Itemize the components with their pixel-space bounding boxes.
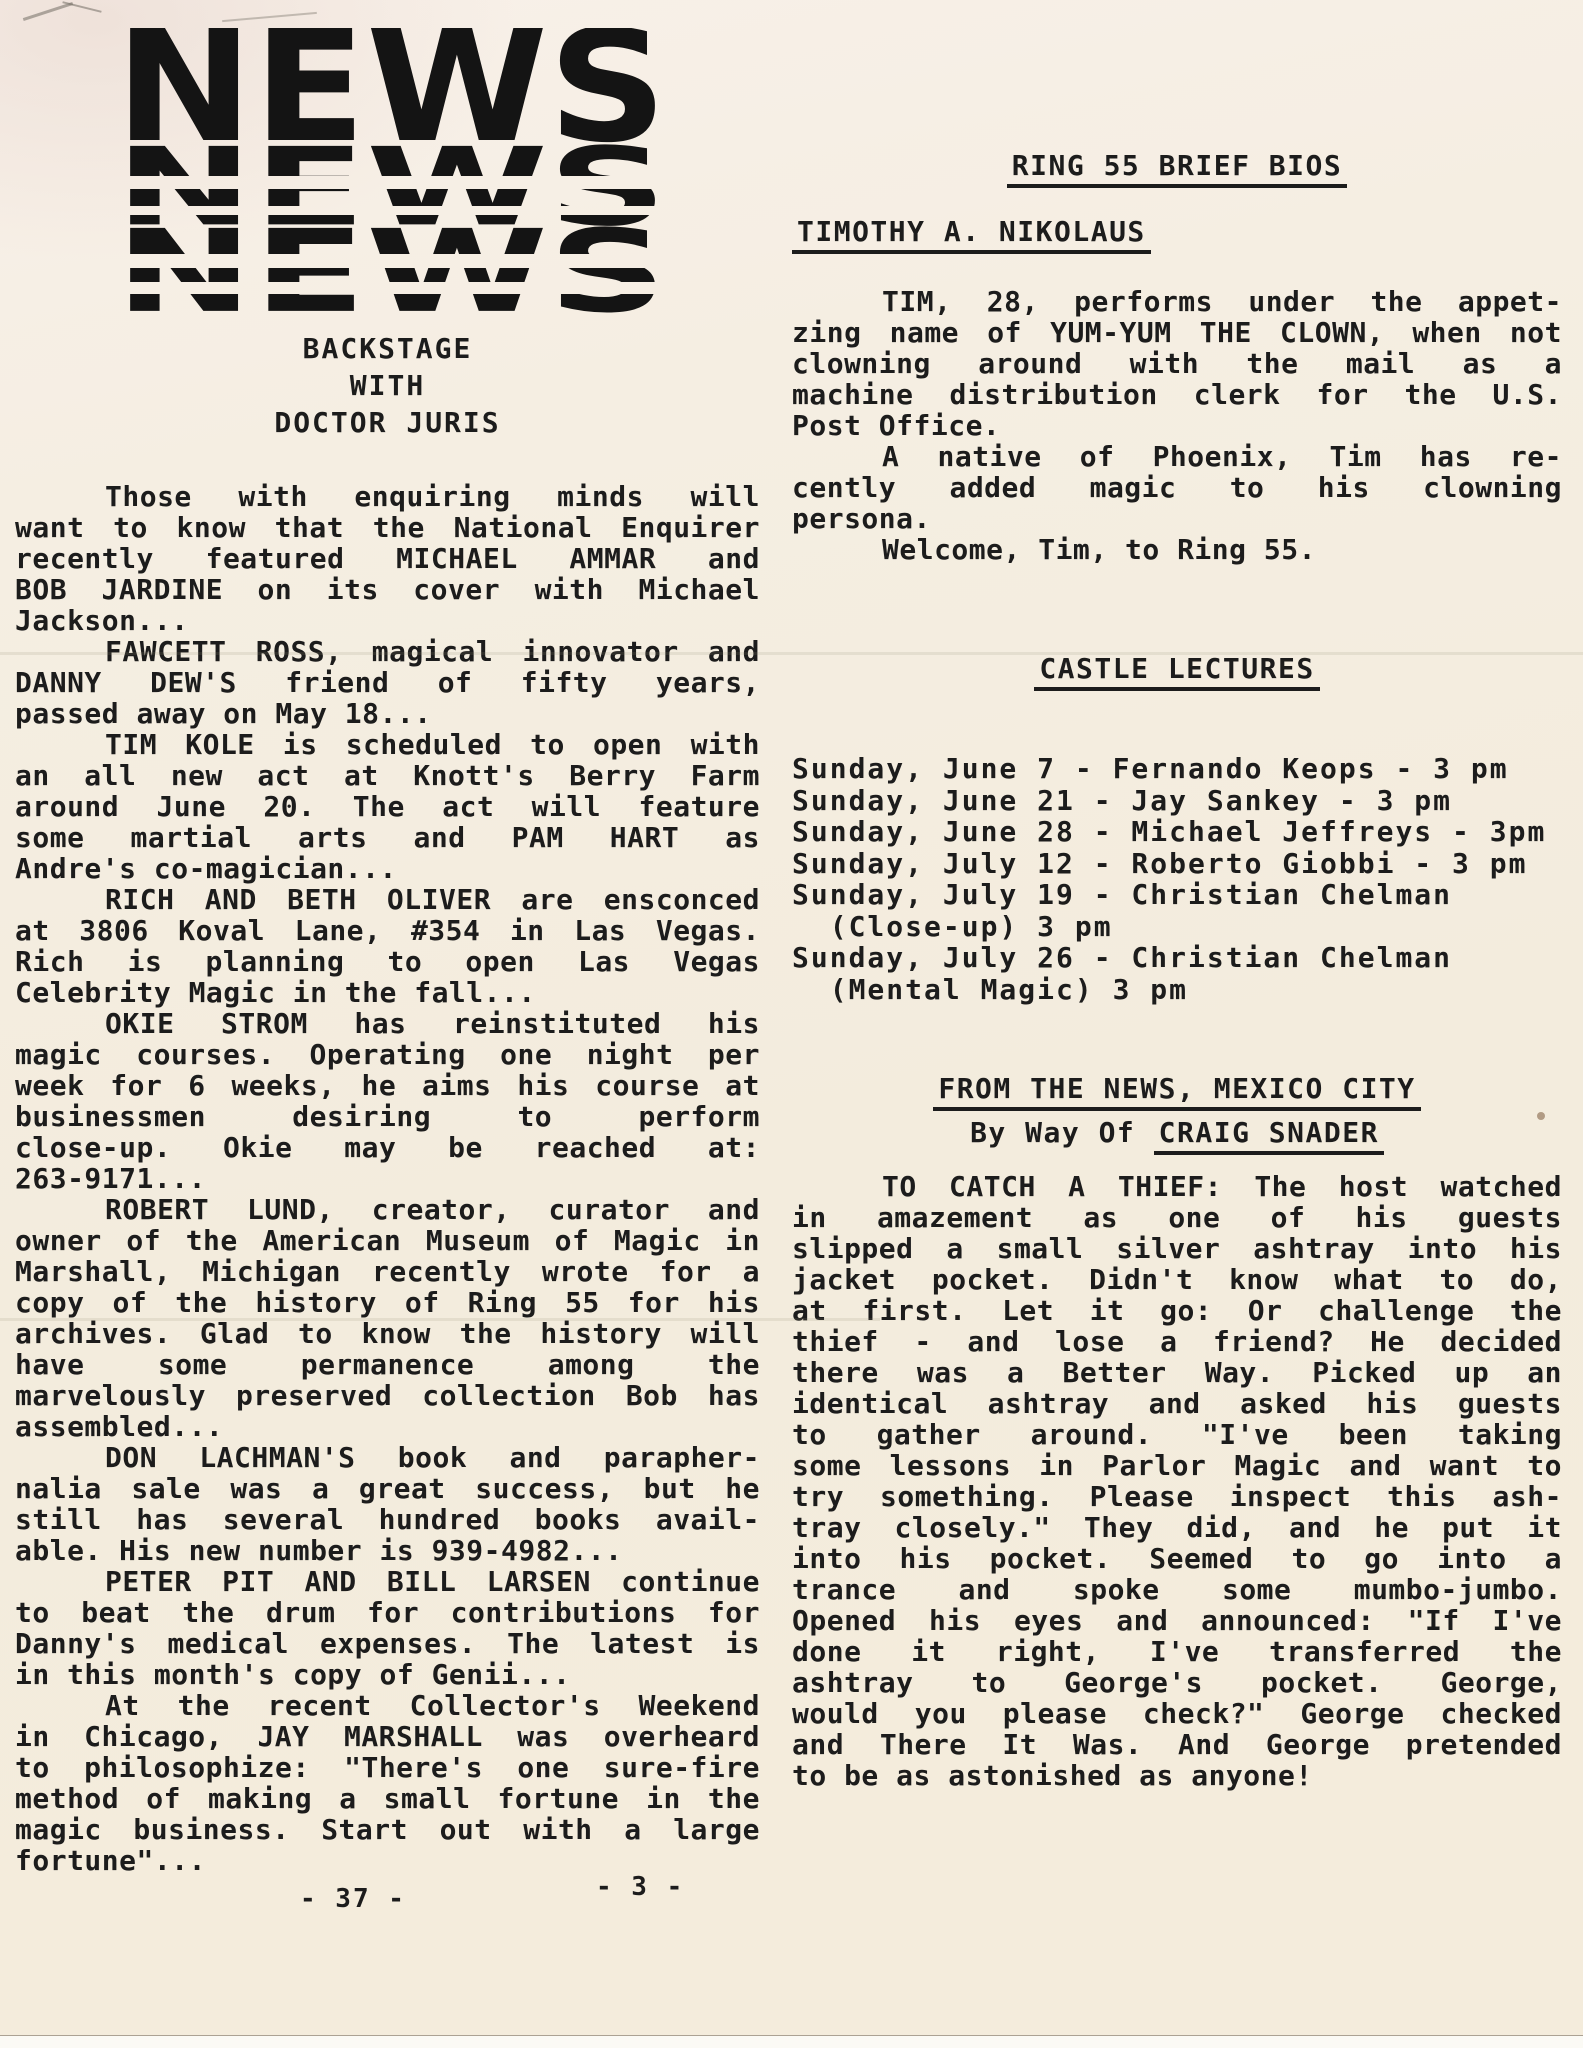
- text-line: RICH AND BETH OLIVER are ensconced: [15, 884, 760, 915]
- text-line: Andre's co-magician...: [15, 853, 760, 884]
- paragraph: DON LACHMAN'S book and parapher-nalia sa…: [15, 1442, 760, 1566]
- text-line: thief - and lose a friend? He decided: [792, 1326, 1562, 1357]
- text-line: around June 20. The act will feature: [15, 791, 760, 822]
- news-logo: NEWS NEWS NEWS: [115, 28, 675, 314]
- paragraph: Welcome, Tim, to Ring 55.: [792, 534, 1562, 565]
- paper-speck: [1537, 1112, 1545, 1120]
- paragraph: TIM KOLE is scheduled to open withan all…: [15, 729, 760, 884]
- lecture-list-item: Sunday, June 21 - Jay Sankey - 3 pm: [792, 785, 1562, 817]
- text-line: owner of the American Museum of Magic in: [15, 1225, 760, 1256]
- lecture-list-item: (Mental Magic) 3 pm: [792, 974, 1562, 1006]
- text-line: an all new act at Knott's Berry Farm: [15, 760, 760, 791]
- text-line: Those with enquiring minds will: [15, 481, 760, 512]
- text-line: would you please check?" George checked: [792, 1698, 1562, 1729]
- heading-text: TIMOTHY A. NIKOLAUS: [792, 216, 1151, 254]
- heading-line: WITH: [15, 367, 760, 404]
- text-line: ashtray to George's pocket. George,: [792, 1667, 1562, 1698]
- text-line: archives. Glad to know the history will: [15, 1318, 760, 1349]
- text-line: some lessons in Parlor Magic and want to: [792, 1450, 1562, 1481]
- byline-prefix: By Way Of: [970, 1116, 1154, 1149]
- lecture-list-item: Sunday, June 28 - Michael Jeffreys - 3pm: [792, 816, 1562, 848]
- section-paragraphs: TO CATCH A THIEF: The host watchedin ama…: [792, 1171, 1562, 1791]
- text-line: in amazement as one of his guests: [792, 1202, 1562, 1233]
- text-line: still has several hundred books avail-: [15, 1504, 760, 1535]
- heading-text: FROM THE NEWS, MEXICO CITY: [933, 1073, 1420, 1111]
- text-line: have some permanence among the: [15, 1349, 760, 1380]
- paragraph: At the recent Collector's Weekendin Chic…: [15, 1690, 760, 1876]
- paragraph: PETER PIT AND BILL LARSEN continueto bea…: [15, 1566, 760, 1690]
- lecture-list-item: Sunday, July 19 - Christian Chelman: [792, 879, 1562, 911]
- text-line: try something. Please inspect this ash-: [792, 1481, 1562, 1512]
- byline-name: CRAIG SNADER: [1154, 1117, 1384, 1155]
- right-column: RING 55 BRIEF BIOSTIMOTHY A. NIKOLAUSTIM…: [792, 0, 1562, 1791]
- text-line: identical ashtray and asked his guests: [792, 1388, 1562, 1419]
- lecture-list: Sunday, June 7 - Fernando Keops - 3 pmSu…: [792, 753, 1562, 1005]
- text-line: to gather around. "I've been taking: [792, 1419, 1562, 1450]
- text-line: recently featured MICHAEL AMMAR and: [15, 543, 760, 574]
- text-line: Post Office.: [792, 410, 1562, 441]
- text-line: trance and spoke some mumbo-jumbo.: [792, 1574, 1562, 1605]
- text-line: want to know that the National Enquirer: [15, 512, 760, 543]
- text-line: Jackson...: [15, 605, 760, 636]
- text-line: Welcome, Tim, to Ring 55.: [792, 534, 1562, 565]
- scan-crease: [0, 1318, 880, 1321]
- text-line: DANNY DEW'S friend of fifty years,: [15, 667, 760, 698]
- text-line: there was a Better Way. Picked up an: [792, 1357, 1562, 1388]
- text-line: BOB JARDINE on its cover with Michael: [15, 574, 760, 605]
- newsletter-page: NEWS NEWS NEWS BACKSTAGE WITH DOCTOR JUR…: [0, 0, 1583, 2048]
- text-line: to beat the drum for contributions for: [15, 1597, 760, 1628]
- left-column: NEWS NEWS NEWS BACKSTAGE WITH DOCTOR JUR…: [15, 0, 760, 1876]
- text-line: done it right, I've transferred the: [792, 1636, 1562, 1667]
- heading-text: CASTLE LECTURES: [1034, 653, 1319, 691]
- text-line: OKIE STROM has reinstituted his: [15, 1008, 760, 1039]
- heading-line: BACKSTAGE: [15, 330, 760, 367]
- text-line: and There It Was. And George pretended: [792, 1729, 1562, 1760]
- page-number-right: - 3 -: [596, 1872, 684, 1902]
- text-line: passed away on May 18...: [15, 698, 760, 729]
- lecture-list-item: Sunday, July 12 - Roberto Giobbi - 3 pm: [792, 848, 1562, 880]
- paragraph: Those with enquiring minds willwant to k…: [15, 481, 760, 636]
- text-line: assembled...: [15, 1411, 760, 1442]
- paper-bottom-edge: [0, 2035, 1583, 2048]
- text-line: businessmen desiring to perform: [15, 1101, 760, 1132]
- text-line: jacket pocket. Didn't know what to do,: [792, 1264, 1562, 1295]
- text-line: magic courses. Operating one night per: [15, 1039, 760, 1070]
- text-line: PETER PIT AND BILL LARSEN continue: [15, 1566, 760, 1597]
- heading-line-2: By Way Of CRAIG SNADER: [792, 1111, 1562, 1155]
- text-line: zing name of YUM-YUM THE CLOWN, when not: [792, 317, 1562, 348]
- section-heading: FROM THE NEWS, MEXICO CITYBy Way Of CRAI…: [792, 1067, 1562, 1155]
- text-line: TIM, 28, performs under the appet-: [792, 286, 1562, 317]
- news-logo-row: NEWS: [115, 205, 667, 314]
- text-line: DON LACHMAN'S book and parapher-: [15, 1442, 760, 1473]
- text-line: ROBERT LUND, creator, curator and: [15, 1194, 760, 1225]
- text-line: TO CATCH A THIEF: The host watched: [792, 1171, 1562, 1202]
- heading-text: RING 55 BRIEF BIOS: [1007, 150, 1347, 188]
- paragraph: OKIE STROM has reinstituted hismagic cou…: [15, 1008, 760, 1194]
- text-line: At the recent Collector's Weekend: [15, 1690, 760, 1721]
- page-number-left: - 37 -: [300, 1884, 406, 1914]
- text-line: copy of the history of Ring 55 for his: [15, 1287, 760, 1318]
- text-line: machine distribution clerk for the U.S.: [792, 379, 1562, 410]
- text-line: Opened his eyes and announced: "If I've: [792, 1605, 1562, 1636]
- text-line: A native of Phoenix, Tim has re-: [792, 441, 1562, 472]
- left-column-heading: BACKSTAGE WITH DOCTOR JURIS: [15, 330, 760, 441]
- section-heading: TIMOTHY A. NIKOLAUS: [792, 216, 1562, 254]
- text-line: week for 6 weeks, he aims his course at: [15, 1070, 760, 1101]
- text-line: TIM KOLE is scheduled to open with: [15, 729, 760, 760]
- paragraph: FAWCETT ROSS, magical innovator andDANNY…: [15, 636, 760, 729]
- lecture-list-item: Sunday, June 7 - Fernando Keops - 3 pm: [792, 753, 1562, 785]
- text-line: close-up. Okie may be reached at:: [15, 1132, 760, 1163]
- paragraph: RICH AND BETH OLIVER are ensconcedat 380…: [15, 884, 760, 1008]
- heading-line-1: FROM THE NEWS, MEXICO CITY: [792, 1067, 1562, 1111]
- text-line: Marshall, Michigan recently wrote for a: [15, 1256, 760, 1287]
- text-line: slipped a small silver ashtray into his: [792, 1233, 1562, 1264]
- text-line: tray closely." They did, and he put it: [792, 1512, 1562, 1543]
- text-line: method of making a small fortune in the: [15, 1783, 760, 1814]
- section-paragraphs: TIM, 28, performs under the appet-zing n…: [792, 286, 1562, 565]
- lecture-list-item: (Close-up) 3 pm: [792, 911, 1562, 943]
- text-line: to philosophize: "There's one sure-fire: [15, 1752, 760, 1783]
- section-heading: CASTLE LECTURES: [792, 653, 1562, 691]
- heading-line: DOCTOR JURIS: [15, 404, 760, 441]
- text-line: cently added magic to his clowning: [792, 472, 1562, 503]
- text-line: Danny's medical expenses. The latest is: [15, 1628, 760, 1659]
- text-line: into his pocket. Seemed to go into a: [792, 1543, 1562, 1574]
- text-line: 263-9171...: [15, 1163, 760, 1194]
- text-line: Celebrity Magic in the fall...: [15, 977, 760, 1008]
- text-line: nalia sale was a great success, but he: [15, 1473, 760, 1504]
- text-line: marvelously preserved collection Bob has: [15, 1380, 760, 1411]
- text-line: in this month's copy of Genii...: [15, 1659, 760, 1690]
- text-line: Rich is planning to open Las Vegas: [15, 946, 760, 977]
- text-line: to be as astonished as anyone!: [792, 1760, 1562, 1791]
- text-line: persona.: [792, 503, 1562, 534]
- paragraph: TIM, 28, performs under the appet-zing n…: [792, 286, 1562, 441]
- section-heading: RING 55 BRIEF BIOS: [792, 150, 1562, 188]
- text-line: in Chicago, JAY MARSHALL was overheard: [15, 1721, 760, 1752]
- paragraph: TO CATCH A THIEF: The host watchedin ama…: [792, 1171, 1562, 1791]
- lecture-list-item: Sunday, July 26 - Christian Chelman: [792, 942, 1562, 974]
- text-line: clowning around with the mail as a: [792, 348, 1562, 379]
- text-line: magic business. Start out with a large: [15, 1814, 760, 1845]
- text-line: at first. Let it go: Or challenge the: [792, 1295, 1562, 1326]
- text-line: able. His new number is 939-4982...: [15, 1535, 760, 1566]
- text-line: at 3806 Koval Lane, #354 in Las Vegas.: [15, 915, 760, 946]
- text-line: some martial arts and PAM HART as: [15, 822, 760, 853]
- scan-crease: [0, 652, 1583, 655]
- left-paragraphs: Those with enquiring minds willwant to k…: [15, 481, 760, 1876]
- paragraph: A native of Phoenix, Tim has re-cently a…: [792, 441, 1562, 534]
